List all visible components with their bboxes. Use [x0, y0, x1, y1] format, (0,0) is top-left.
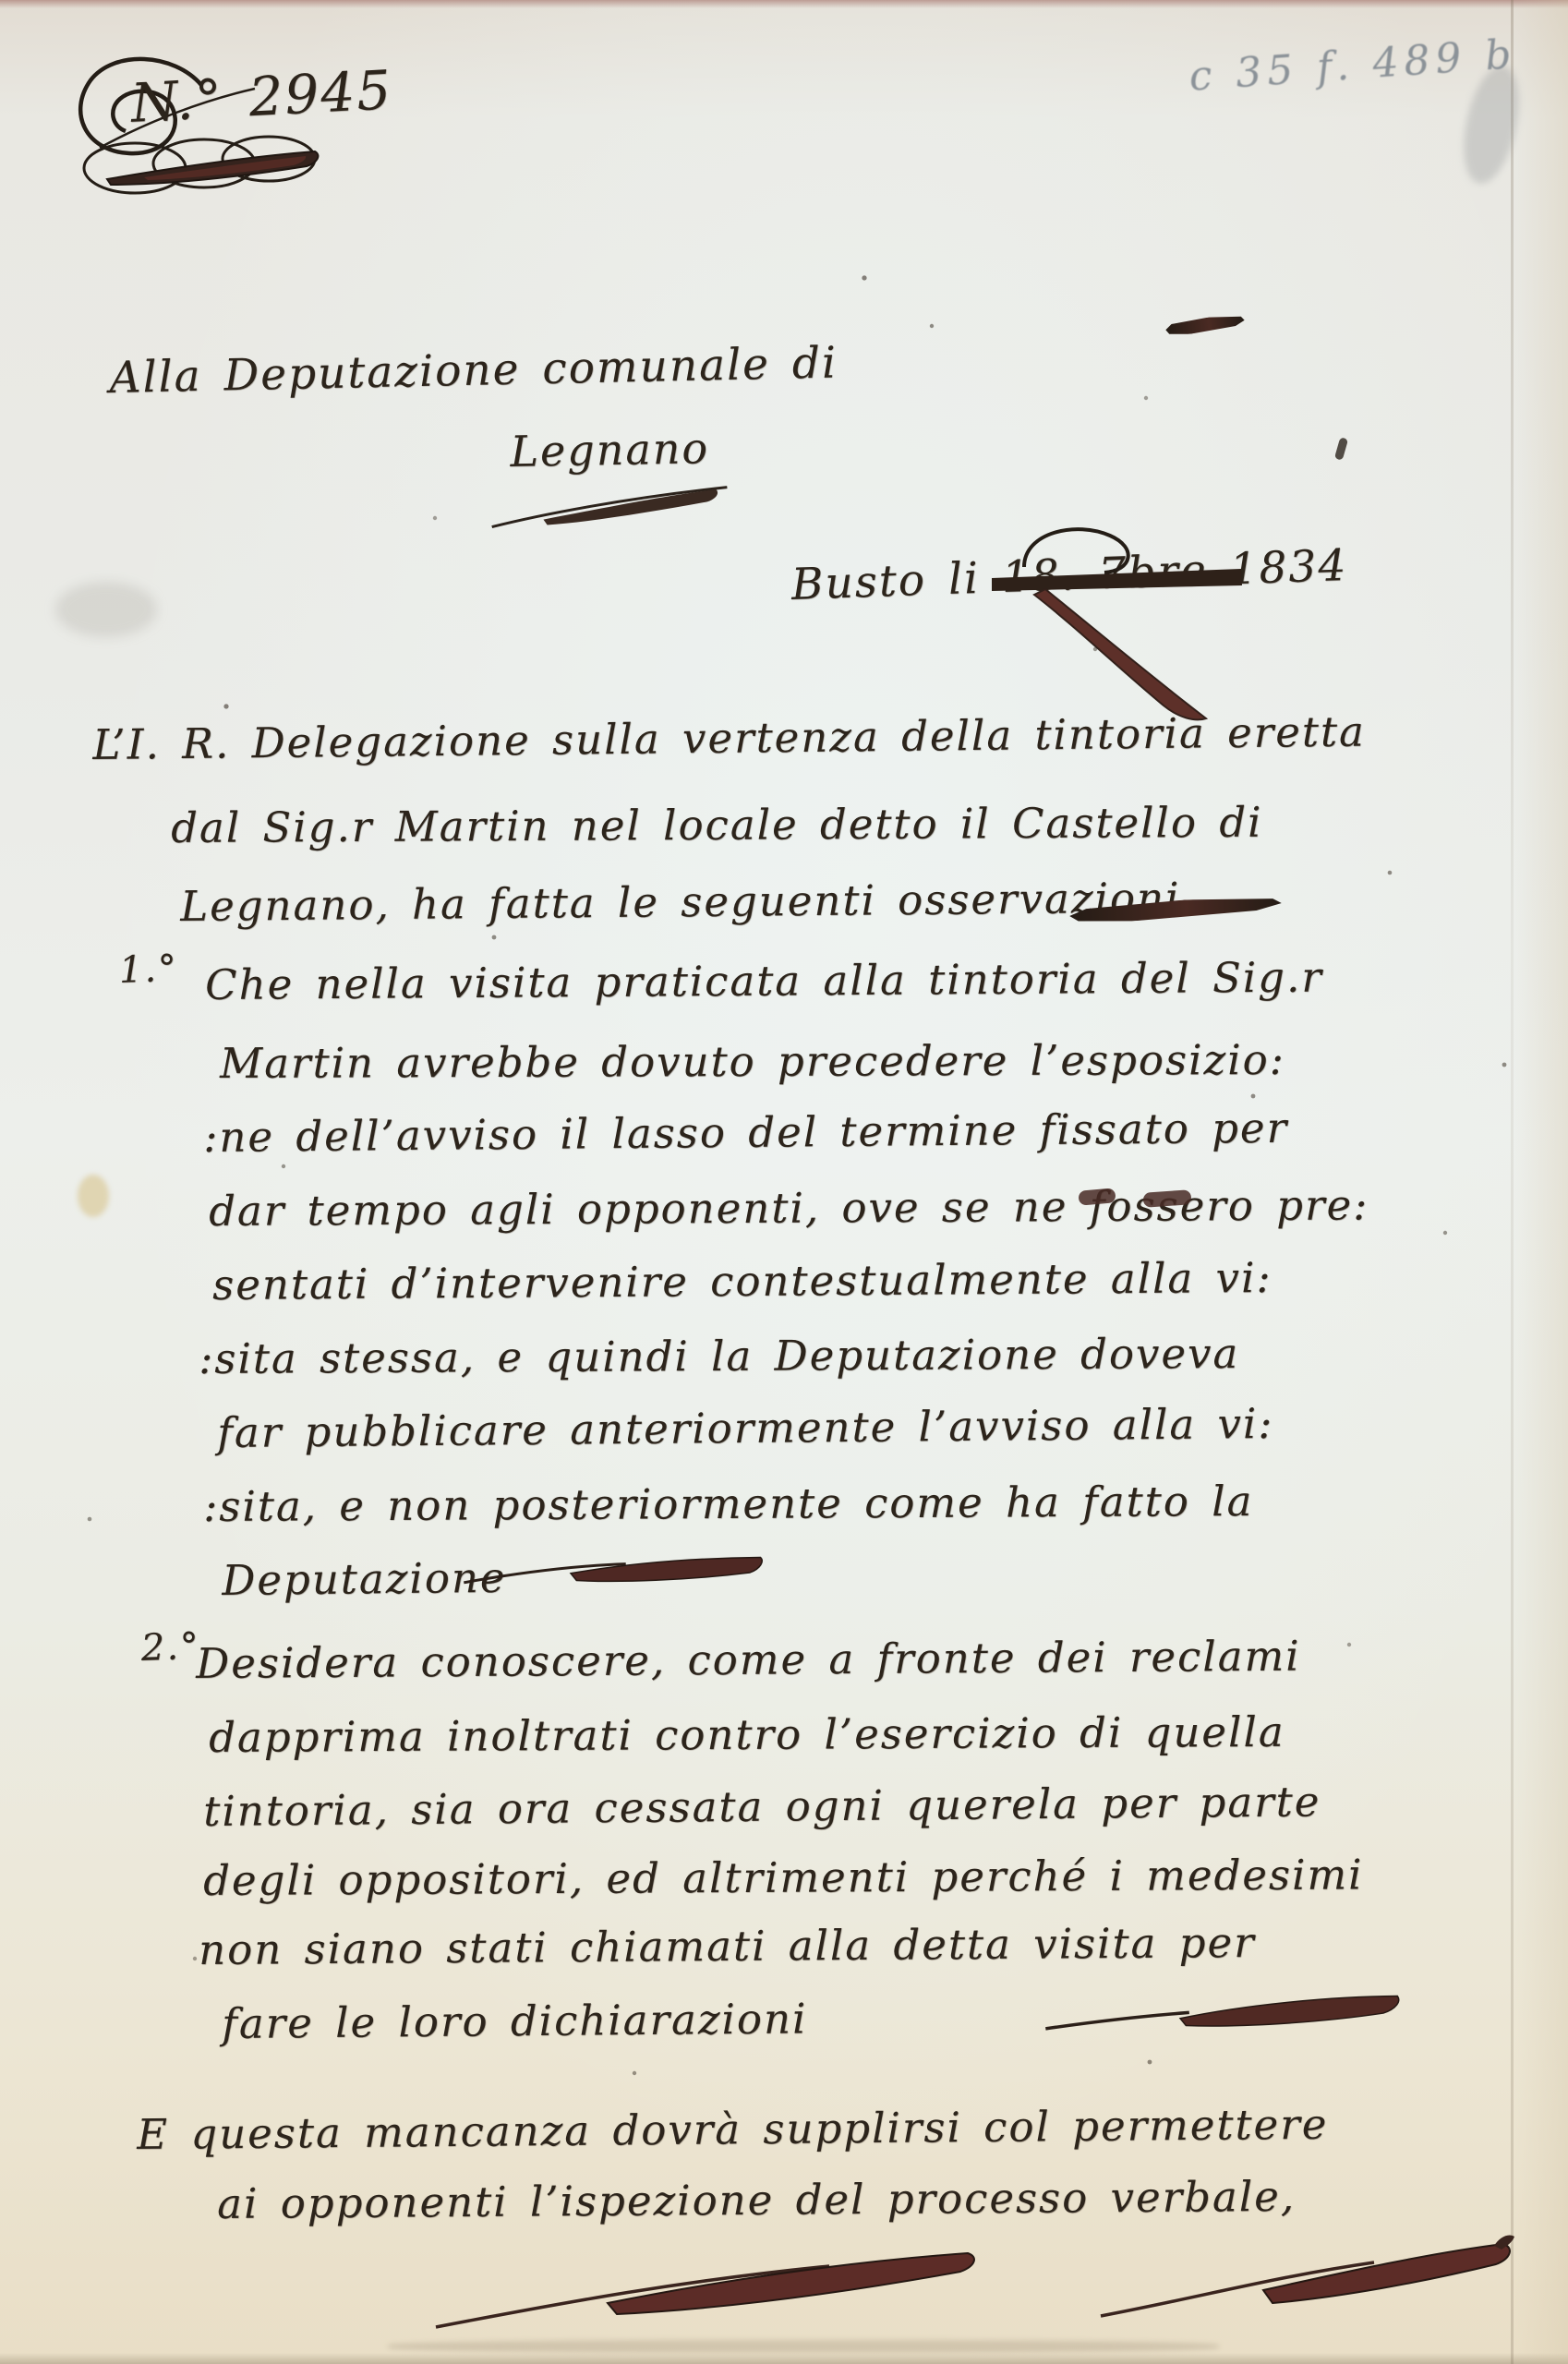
item-marker: 2.° — [140, 1625, 201, 1670]
stray-mark — [1334, 437, 1348, 461]
paper-crease — [1511, 0, 1514, 2364]
paper-stain — [78, 1175, 109, 1217]
manuscript-line: tintoria, sia ora cessata ogni querela p… — [203, 1777, 1321, 1836]
paragraph-dash-flourish — [459, 1546, 774, 1598]
manuscript-line: :sita stessa, e quindi la Deputazione do… — [199, 1329, 1239, 1383]
pencil-archival-note: c 35 f. 489 b — [1188, 30, 1518, 101]
manuscript-line: degli oppositori, ed altrimenti perché i… — [203, 1850, 1364, 1905]
manuscript-line: Che nella visita praticata alla tintoria… — [205, 953, 1323, 1009]
manuscript-line: fare le loro dichiarazioni — [222, 1994, 808, 2048]
registry-number: N.° 2945 — [129, 58, 394, 135]
paper-smudge — [55, 582, 157, 637]
place-name: Legnano — [510, 423, 710, 476]
manuscript-line: far pubblicare anteriormente l’avviso al… — [217, 1399, 1274, 1457]
ink-blot — [1164, 314, 1245, 337]
manuscript-line: ai opponenti l’ispezione del processo ve… — [217, 2172, 1296, 2228]
manuscript-line: dapprima inoltrati contro l’esercizio di… — [209, 1707, 1285, 1762]
paragraph-dash-flourish — [1041, 1986, 1412, 2047]
manuscript-line: L’I. R. Delegazione sulla vertenza della… — [92, 707, 1366, 769]
place-underline-flourish — [487, 479, 738, 532]
closing-flourish-right — [1097, 2224, 1559, 2330]
recipient-line: Alla Deputazione comunale di — [109, 337, 838, 404]
manuscript-line: E questa mancanza dovrà supplirsi col pe… — [137, 2100, 1329, 2159]
manuscript-line: dar tempo agli opponenti, ove se ne foss… — [209, 1180, 1369, 1236]
manuscript-line: :sita, e non posteriormente come ha fatt… — [203, 1477, 1254, 1531]
manuscript-line: Desidera conoscere, come a fronte dei re… — [196, 1632, 1301, 1688]
manuscript-line: non siano stati chiamati alla detta visi… — [199, 1918, 1256, 1974]
manuscript-line: Martin avrebbe dovuto precedere l’esposi… — [220, 1035, 1285, 1088]
ink-specks — [0, 0, 2, 2]
paper-bottom-edge — [0, 2353, 1568, 2364]
manuscript-line: :ne dell’avviso il lasso del termine fis… — [203, 1104, 1288, 1162]
closing-flourish-left — [432, 2242, 1042, 2334]
manuscript-line: dal Sig.r Martin nel locale detto il Cas… — [171, 798, 1263, 852]
paper-torn-edge — [1514, 0, 1568, 2364]
bottom-smudge — [388, 2340, 1219, 2353]
manuscript-page: N.° 2945 c 35 f. 489 b Alla Deputazione … — [0, 0, 1568, 2364]
registry-underline-flourish — [79, 129, 384, 203]
manuscript-line: sentati d’intervenire contestualmente al… — [212, 1253, 1272, 1309]
item-marker: 1.° — [118, 947, 179, 992]
paper-top-edge — [0, 0, 1568, 8]
manuscript-line: Legnano, ha fatta le seguenti osservazio… — [180, 874, 1181, 931]
